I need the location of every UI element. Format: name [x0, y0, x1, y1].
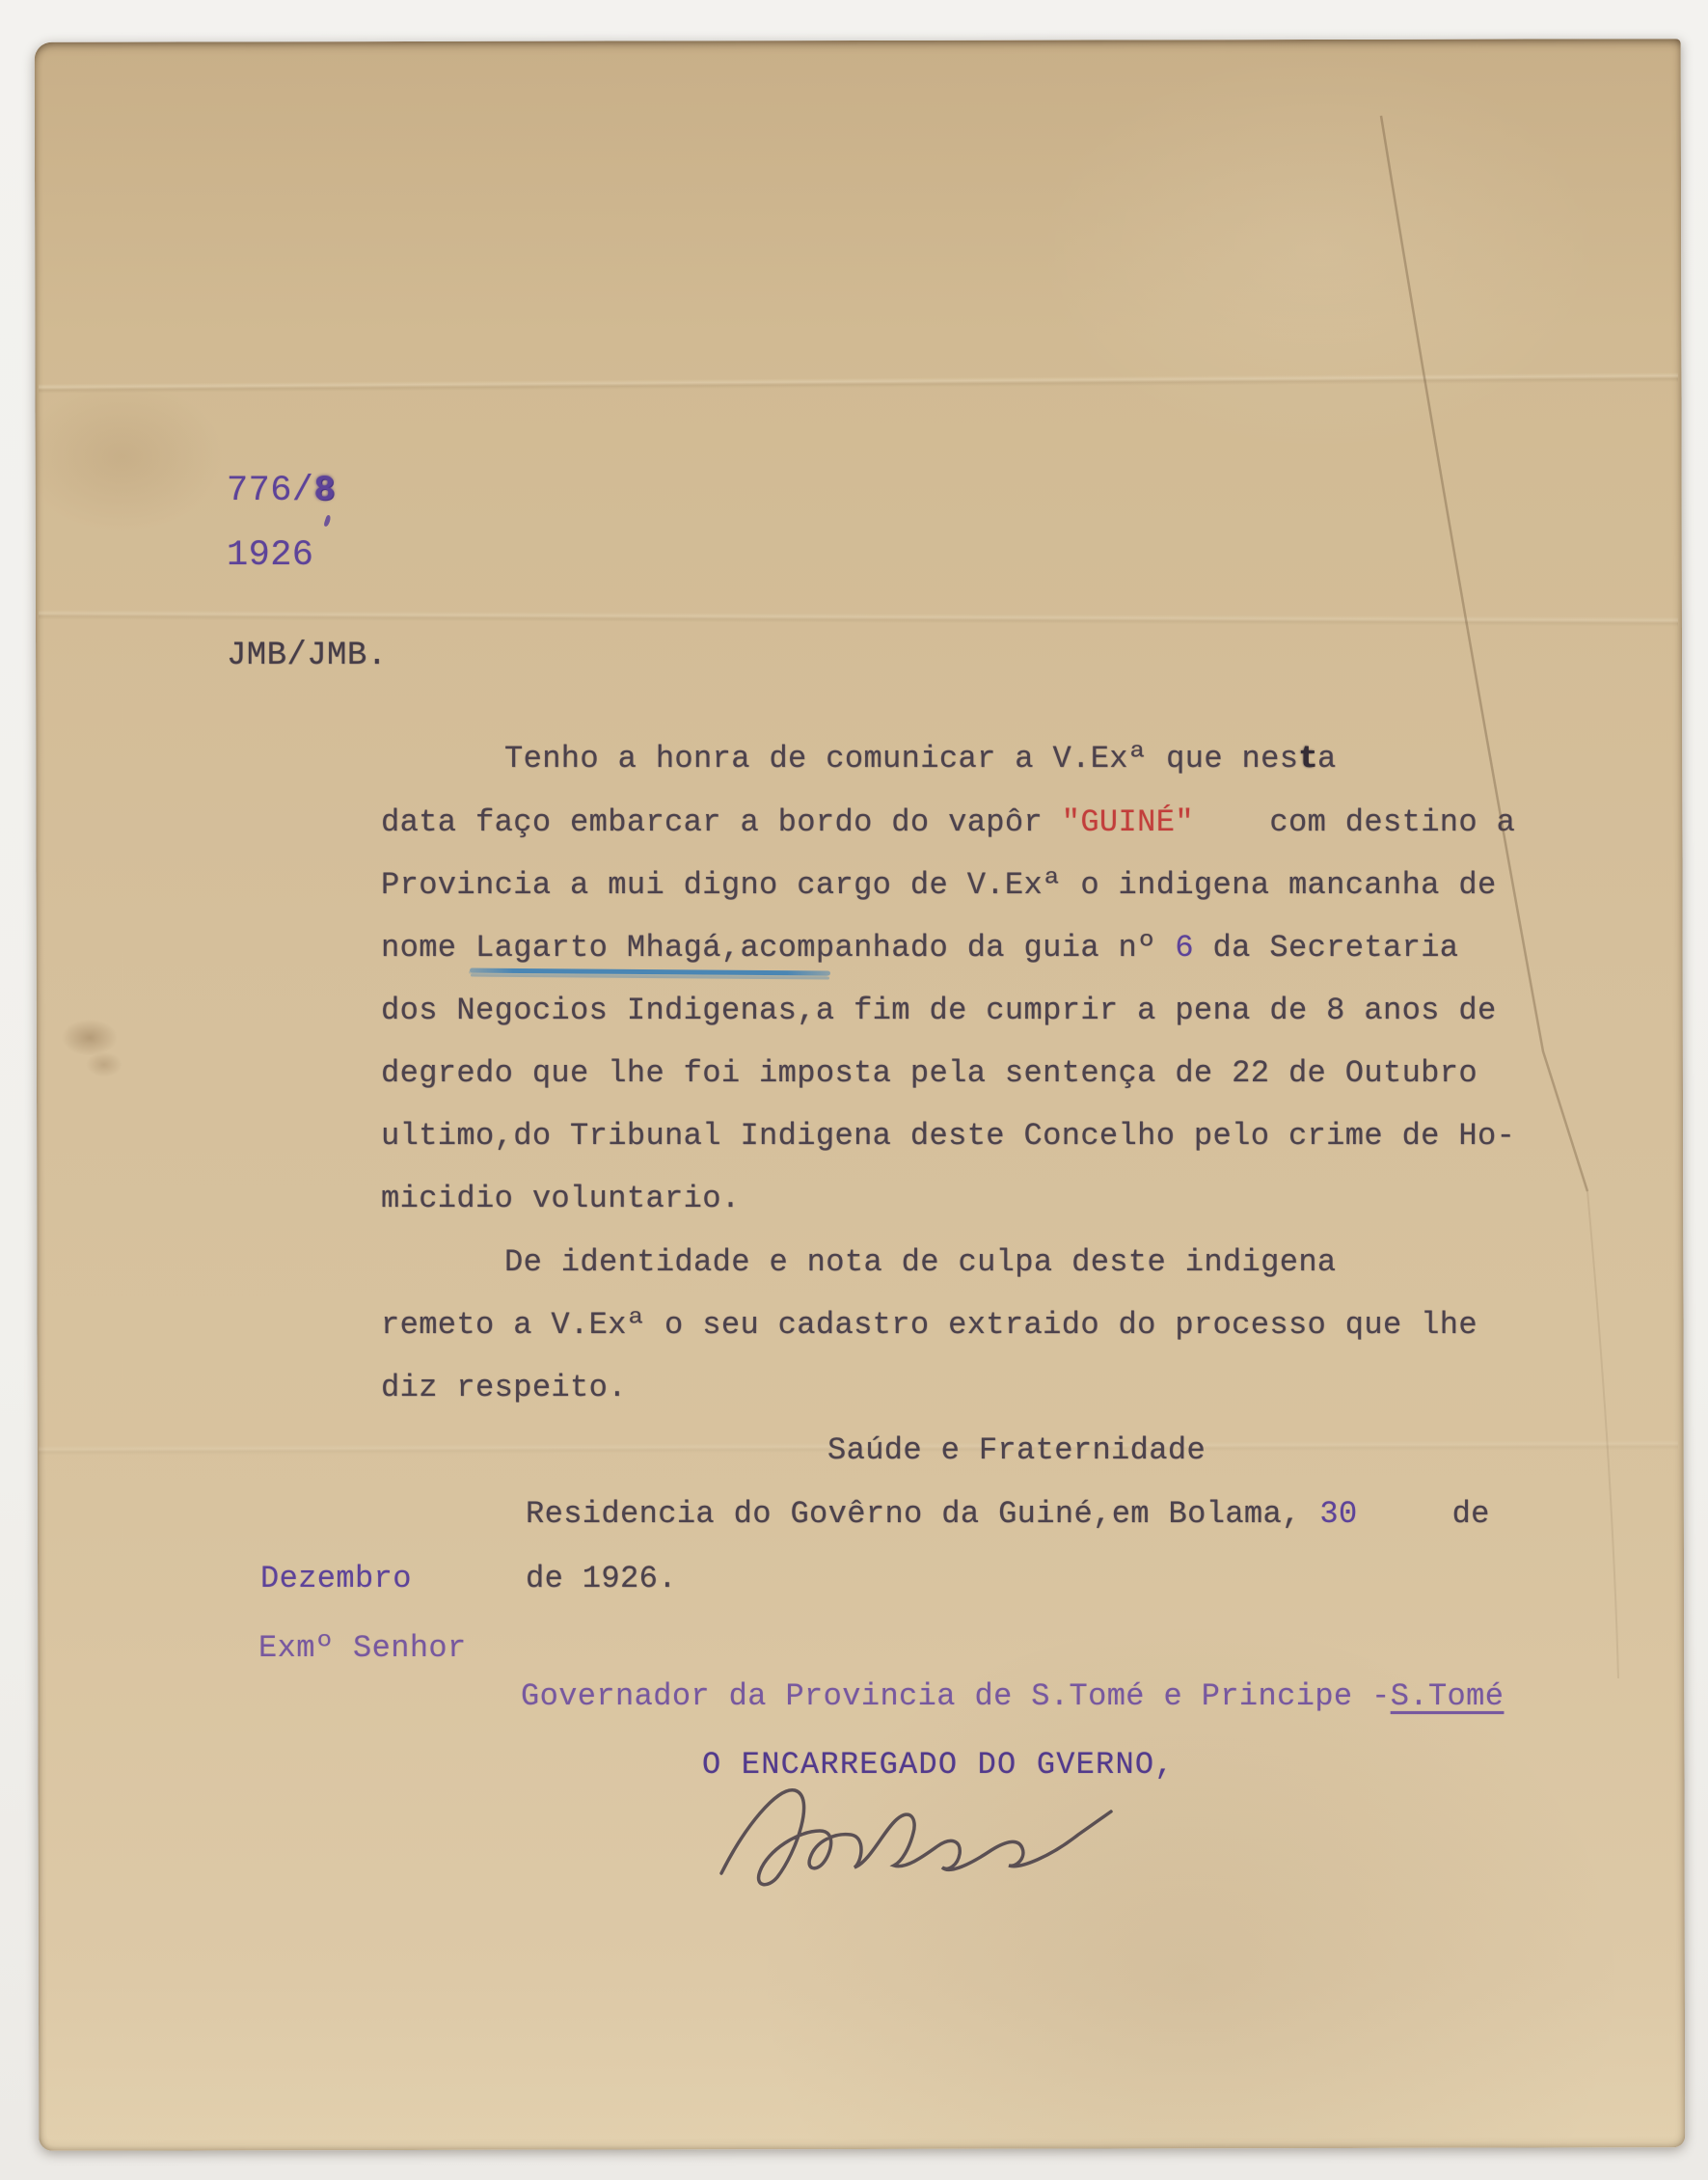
addressee-honorific: Exmº Senhor — [258, 1632, 467, 1665]
body-text: a — [1317, 741, 1337, 777]
body-text: com destino a — [1194, 804, 1515, 840]
body-line: Tenho a honra de comunicar a V.Exª que n… — [504, 743, 1337, 776]
reference-prefix: 776/ — [227, 471, 313, 511]
body-line: nome Lagarto Mhagá,acompanhado da guia n… — [381, 932, 1458, 965]
place-text: de — [1358, 1496, 1490, 1532]
body-text: data faço embarcar a bordo do vapôr — [381, 804, 1062, 840]
year-line: de 1926. — [526, 1563, 677, 1595]
addressee-text: Governador da Provincia de S.Tomé e Prin… — [521, 1678, 1391, 1714]
reference-number: 776/8 — [227, 473, 336, 510]
prisoner-name: Lagarto Mhagá — [475, 930, 721, 966]
month-filled-in: Dezembro — [260, 1563, 412, 1595]
place-date-line: Residencia do Govêrno da Guiné,em Bolama… — [526, 1498, 1490, 1531]
ship-name-red: "GUINÉ" — [1062, 804, 1194, 840]
place-text: Residencia do Govêrno da Guiné,em Bolama… — [526, 1496, 1319, 1532]
scanned-letter: 776/8 1926 JMB/JMB. Tenho a honra de com… — [0, 0, 1708, 2180]
reference-year: 1926 — [227, 537, 313, 575]
day-filled-in: 30 — [1319, 1496, 1357, 1532]
body-line: ultimo,do Tribunal Indigena deste Concel… — [381, 1120, 1515, 1153]
body-line: Provincia a mui digno cargo de V.Exª o i… — [381, 869, 1497, 902]
body-text: Tenho a honra de comunicar a V.Exª que n… — [504, 741, 1298, 777]
body-line: diz respeito. — [381, 1372, 627, 1404]
typist-initials: JMB/JMB. — [227, 640, 387, 674]
letter-page — [35, 39, 1686, 2151]
salutation: Saúde e Fraternidade — [827, 1434, 1206, 1467]
body-line: De identidade e nota de culpa deste indi… — [504, 1246, 1337, 1279]
body-text: ,acompanhado da guia nº — [721, 930, 1175, 966]
body-line: remeto a V.Exª o seu cadastro extraido d… — [381, 1309, 1478, 1342]
body-line: micidio voluntario. — [381, 1183, 740, 1215]
body-text: nome — [381, 930, 475, 966]
addressee-title: Governador da Provincia de S.Tomé e Prin… — [521, 1680, 1504, 1713]
body-text: da Secretaria — [1194, 930, 1458, 966]
body-line: data faço embarcar a bordo do vapôr "GUI… — [381, 806, 1515, 839]
body-line: dos Negocios Indigenas,a fim de cumprir … — [381, 995, 1497, 1027]
signer-title: O ENCARREGADO DO GVERNO, — [702, 1749, 1175, 1782]
body-line: degredo que lhe foi imposta pela sentenç… — [381, 1057, 1478, 1090]
guia-number: 6 — [1175, 930, 1194, 966]
reference-digit-overstruck: 8 — [313, 471, 336, 511]
destination-underlined: S.Tomé — [1391, 1678, 1505, 1714]
overstruck-character: t — [1298, 741, 1317, 777]
